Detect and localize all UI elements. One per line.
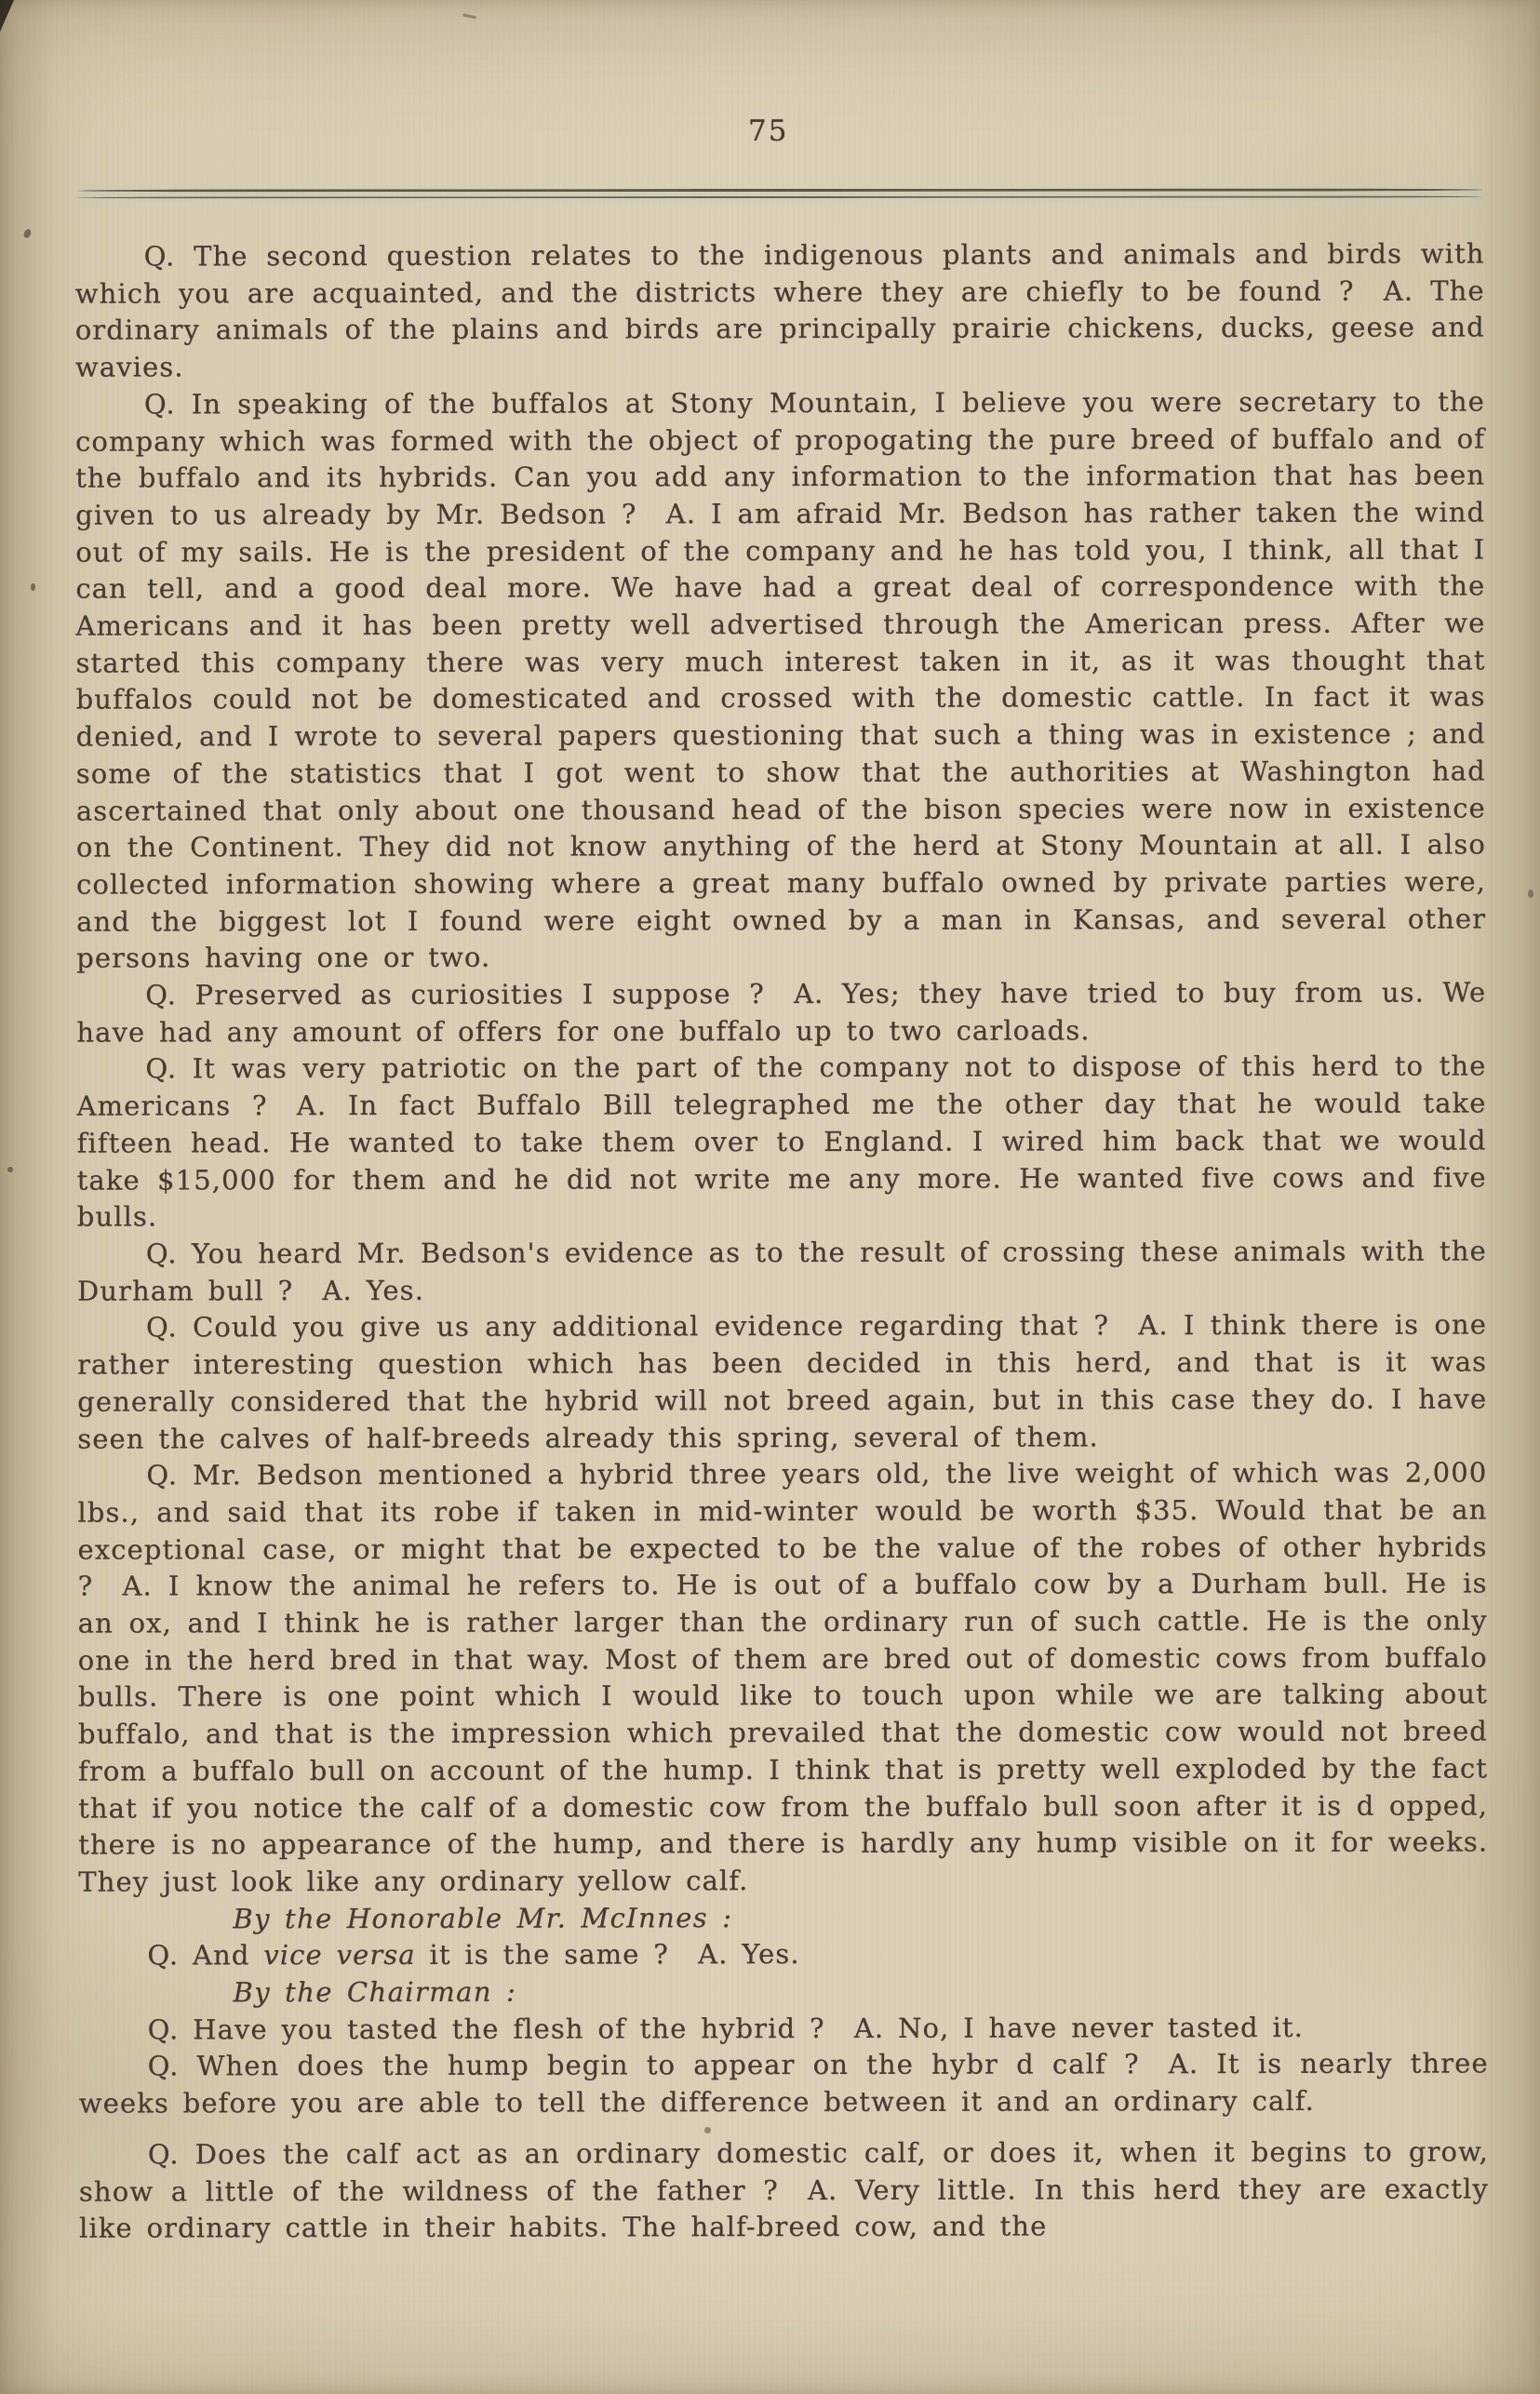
paragraph-text: Q. Does the calf act as an ordinary dome… bbox=[79, 2135, 1489, 2244]
qa-paragraph: Q. Does the calf act as an ordinary dome… bbox=[79, 2133, 1489, 2247]
page-content: 75 Q. The second question relates to the… bbox=[0, 0, 1540, 2248]
speaker-heading: By the Honorable Mr. McInnes : bbox=[78, 1898, 1488, 1938]
paragraph-text: By the Chairman : bbox=[233, 1976, 516, 2009]
qa-paragraph: Q. The second question relates to the in… bbox=[75, 235, 1485, 386]
page-number: 75 bbox=[0, 0, 1538, 148]
qa-paragraph: Q. Have you tasted the flesh of the hybr… bbox=[79, 2009, 1489, 2049]
paragraph-text: Q. Preserved as curiosities I suppose ? … bbox=[76, 976, 1486, 1048]
italic-phrase: vice versa bbox=[263, 1939, 415, 1971]
paragraph-text: Q. The second question relates to the in… bbox=[75, 237, 1485, 382]
paragraph-text: Q. And bbox=[147, 1939, 263, 1971]
paragraph-text: Q. You heard Mr. Bedson's evidence as to… bbox=[77, 1235, 1487, 1306]
qa-paragraph: Q. You heard Mr. Bedson's evidence as to… bbox=[77, 1233, 1487, 1310]
paragraph-text: Q. In speaking of the buffalos at Stony … bbox=[75, 385, 1486, 974]
qa-paragraph: Q. Mr. Bedson mentioned a hybrid three y… bbox=[77, 1455, 1488, 1902]
qa-paragraph: Q. When does the hump begin to appear on… bbox=[79, 2046, 1489, 2123]
speaker-heading: By the Chairman : bbox=[78, 1972, 1488, 2012]
header-double-rule bbox=[77, 188, 1482, 198]
paragraph-text: By the Honorable Mr. McInnes : bbox=[233, 1902, 732, 1934]
qa-paragraph: Q. In speaking of the buffalos at Stony … bbox=[75, 383, 1486, 977]
paragraph-text: Q. When does the hump begin to appear on… bbox=[79, 2048, 1489, 2120]
paragraph-text: Q. It was very patriotic on the part of … bbox=[76, 1050, 1486, 1233]
qa-paragraph: Q. Preserved as curiosities I suppose ? … bbox=[76, 974, 1486, 1051]
qa-paragraph: Q. It was very patriotic on the part of … bbox=[76, 1049, 1486, 1237]
scanned-document-page: 75 Q. The second question relates to the… bbox=[0, 0, 1540, 2394]
paragraph-text: Q. Have you tasted the flesh of the hybr… bbox=[148, 2012, 1304, 2046]
qa-paragraph: Q. Could you give us any additional evid… bbox=[77, 1307, 1487, 1458]
qa-paragraph: Q. And vice versa it is the same ? A. Ye… bbox=[78, 1935, 1488, 1975]
paragraph-text: Q. Could you give us any additional evid… bbox=[77, 1309, 1487, 1454]
paragraph-text: it is the same ? A. Yes. bbox=[416, 1938, 800, 1971]
text-block: Q. The second question relates to the in… bbox=[75, 235, 1490, 2247]
paragraph-text: Q. Mr. Bedson mentioned a hybrid three y… bbox=[77, 1457, 1488, 1898]
